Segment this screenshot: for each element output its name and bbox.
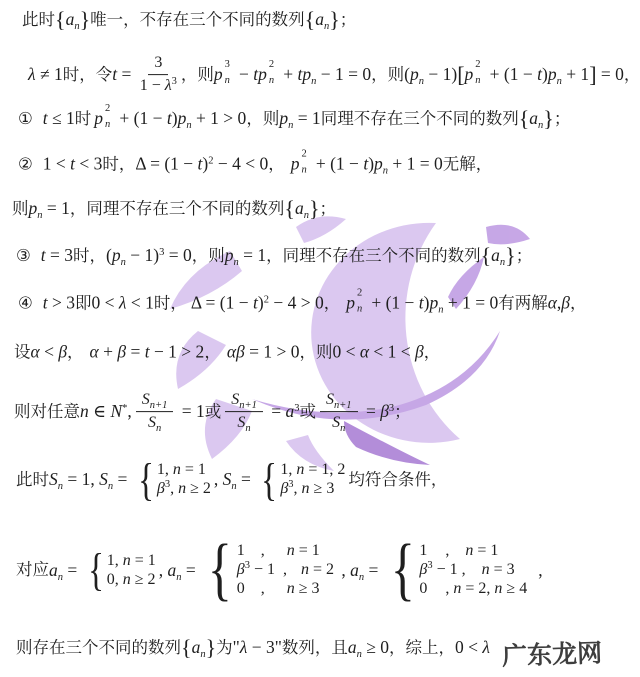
math-token: = 1, 2 [304,463,345,479]
math-base: − 1) [126,245,159,265]
math-token: = 1 [43,200,70,218]
delimiter: } [206,637,217,659]
left-brace-icon: { [261,458,277,502]
math-token: pn [279,110,293,128]
math-base: , [445,580,453,597]
cases-row: 1, n = 1, 2 [280,463,345,479]
math-base: p [258,64,267,84]
math-token: , [261,581,265,597]
math-token: β3 [280,482,293,498]
math-token: n [287,543,295,559]
math-token: = 1 [239,247,266,265]
math-base: λ [119,292,127,312]
math-token: λ [482,639,490,657]
subscript: n [288,120,293,131]
math-base: λ [28,64,36,84]
math-base: < 1 [127,292,154,312]
math-base: S [332,415,340,432]
cjk-text: 或 [205,404,222,421]
cjk-text: ，同理不存在三个不同的数列 [266,248,481,265]
math-base: = 2, [461,580,494,597]
math-base: 0 [237,580,245,597]
math-base: n [287,580,295,597]
math-base: α [31,341,40,361]
math-token: − 4 > 0 [269,294,324,312]
math-base: − 4 > 0 [269,292,324,312]
math-token: α [90,343,99,361]
cjk-text: 时 [75,111,92,128]
math-token: λ [28,66,36,84]
math-token: − 1)3 [126,247,164,265]
math-token: Sn+1 [142,391,168,409]
math-base: = 2 [309,561,334,578]
subscript: n [200,649,205,660]
math-token: , [294,482,302,498]
cjk-text: ； [394,404,411,421]
math-token: β [117,343,126,361]
math-token: − 1 [250,562,275,578]
math-token: 0 < [332,343,359,361]
math-token: 1, [157,463,173,479]
math-token: ≠ 1 [36,66,63,84]
cjk-text: 则 [12,201,29,218]
math-token: 3 [154,54,162,72]
math-base: a [192,637,201,657]
math-base: S [148,415,156,432]
math-base: = 1 [295,542,320,559]
math-base: − 1 , [433,561,466,578]
math-base: p [302,64,311,84]
math-token: = [113,471,132,489]
cjk-text: ； [554,111,571,128]
fraction: Sn+1Sn [320,391,358,433]
math-base: ≥ 3 [310,481,335,498]
math-token: Sn [148,415,161,433]
subscript: n [557,76,562,87]
subscript: n+1 [334,400,352,411]
superscript: 3 [159,247,164,258]
math-token: = [126,343,145,361]
math-base: ≠ 1 [36,64,63,84]
superscript: 3 [245,560,250,571]
subscript: n [231,481,236,492]
math-token: β3 [237,562,250,578]
cjk-text: 设 [14,344,31,361]
math-token: Δ = (1 − [135,155,197,173]
math-token: β3 [380,403,394,421]
math-token: 1 [419,543,427,559]
cjk-text: ，同理不存在三个不同的数列 [70,201,285,218]
math-base: = [182,559,201,579]
math-base: + [99,341,118,361]
math-base: + [279,64,298,84]
math-token: − 1) [424,66,457,84]
math-base: λ [482,637,490,657]
delimiter: { [181,637,192,659]
sub-sup-stack: 2n [300,156,311,172]
math-base: n [173,462,181,479]
subscript: n [340,424,345,435]
math-token: pn [112,247,126,265]
math-token: 1, [280,463,296,479]
document-page: 此时{an}唯一，不存在三个不同的数列{an}；λ ≠ 1时，令t = 31 −… [0,0,640,677]
math-base: n [465,542,473,559]
fraction: Sn+1Sn [136,391,174,433]
math-base: β [561,292,570,312]
cjk-text: ， [67,344,84,361]
math-base: Δ = (1 − [191,292,253,312]
math-base: ≥ 2 [131,571,156,588]
math-token: β [561,294,570,312]
math-base: = 1 [181,462,206,479]
cases-row: 1,n = 1 [419,543,527,559]
solution-line-2: λ ≠ 1时，令t = 31 − λ3，则p3n − tp2n + tpn − … [28,54,640,96]
math-token: " [233,639,240,657]
math-token: 0 < [92,294,119,312]
cjk-text: ； [320,201,337,218]
left-brace-icon: { [138,458,154,502]
math-token: β [415,343,424,361]
cases-row: β3 − 1,n = 2 [237,562,334,578]
math-token: = 1 [177,403,204,421]
math-token: , [159,561,168,579]
math-base: < 1 < [369,341,415,361]
math-base: a [315,9,324,29]
delimiter: [ [457,64,464,86]
math-token: pn [29,200,43,218]
math-base: a [348,637,357,657]
math-base: = 3 [46,245,73,265]
math-token: + 1 = 0 [443,294,498,312]
math-token: + (1 − [311,155,363,173]
math-token: = 0 [164,247,191,265]
math-token: = 0 [597,66,624,84]
math-base: a [350,559,359,579]
math-base: + 1 = 0 [388,153,443,173]
math-base: p [548,64,557,84]
math-token: Sn [99,471,113,489]
cjk-text: 有两解 [498,295,548,312]
math-token: − 1 = 0 [316,66,371,84]
math-base: S [326,391,334,408]
math-token: = 1 [181,463,206,479]
math-base: = 1 [131,552,156,569]
subscript: n+1 [239,400,257,411]
math-base: = [117,64,136,84]
math-base: α [360,341,369,361]
math-base: = 1 [239,245,266,265]
math-base: , [283,561,287,578]
cjk-text: ； [516,248,533,265]
math-base: n [123,571,131,588]
math-base: n [296,462,304,479]
math-base: 0, [107,571,123,588]
math-token: )2 [258,294,269,312]
math-base: − 1) [424,64,457,84]
superscript: 3 [165,480,170,491]
math-base: p [410,64,419,84]
solution-line-9: 则对任意n ∈ N*,Sn+1Sn = 1或Sn+1Sn = a3或Sn+1Sn… [14,391,411,433]
math-base: 3 [154,54,162,71]
math-token: β3 [157,482,170,498]
math-base: p [94,108,103,128]
math-token: λ [119,294,127,312]
subscript: n [324,21,329,32]
math-base: 1 [237,542,245,559]
math-token: < 3 [75,155,102,173]
subscript: n+1 [150,400,168,411]
math-base: p [465,64,474,84]
superscript: 3 [288,480,293,491]
subscript: n [233,257,238,268]
math-base: + 1 = 0 [443,292,498,312]
math-base: = 1 [293,108,320,128]
cjk-text: ， [324,295,341,312]
delimiter: ] [589,64,596,86]
math-base: a [529,108,538,128]
math-token: ∈ [89,403,111,421]
math-token: p2n [258,66,279,84]
math-base: = [63,559,82,579]
math-base: − [235,64,254,84]
subscript: n [359,571,364,582]
cjk-text: 时， [73,248,106,265]
math-token: pn [429,294,443,312]
math-base: 0 < [92,292,119,312]
math-token: n [453,581,461,597]
math-token: 0, [107,572,123,588]
cjk-text: 时，令 [63,67,113,84]
math-token: = [362,403,381,421]
math-base: , [170,481,178,498]
math-base: , [214,469,223,489]
math-token: p3n [214,66,235,84]
math-base: = [237,469,256,489]
math-base: 1 [419,542,427,559]
math-token: + (1 − [485,66,537,84]
superscript: 2 [264,294,269,305]
math-token: = [364,561,383,579]
math-base: 0 < [332,341,359,361]
math-token: , [214,471,223,489]
math-token: , [170,482,178,498]
cases-expression: {1, n = 10, n ≥ 2 [85,548,156,592]
cases-row: 0, n ≥ 2 [107,572,156,588]
math-base: , [127,401,131,421]
math-base: β [237,561,245,578]
math-token: + (1 − [367,294,419,312]
math-base: = 0 [164,245,191,265]
cjk-text: ； [340,12,357,29]
math-base: a [49,559,58,579]
math-base: a [66,9,75,29]
math-token: 0 < [455,639,482,657]
delimiter: } [309,198,320,220]
math-token: an [491,247,505,265]
math-base: β [415,341,424,361]
left-brace-icon: { [88,548,104,592]
fraction: 31 − λ3 [140,54,177,96]
cjk-text: ③ [16,248,31,265]
math-base: − 1 > 2 [150,341,205,361]
math-token: > 3 [48,294,75,312]
math-token: Sn [237,415,250,433]
math-base: = [126,341,145,361]
math-base: − 3" [247,637,282,657]
subscript: n [419,76,424,87]
cjk-text: ， [204,344,221,361]
math-token: < [40,343,59,361]
math-base: ≤ 1 [48,108,75,128]
math-token: n [301,562,309,578]
math-token: = 3 [46,247,73,265]
math-token: an [350,561,364,579]
subscript: n [304,210,309,221]
superscript: * [122,403,127,414]
delimiter: { [55,9,66,31]
math-base: > 3 [48,292,75,312]
math-base: + 1 [562,64,589,84]
math-token: , [283,562,287,578]
subscript: n [58,481,63,492]
superscript: 2 [208,155,213,166]
math-token: < 1 < [369,343,415,361]
cjk-text: ② [18,156,33,173]
math-base: p [29,198,38,218]
superscript: 3 [294,403,299,414]
math-base: 1, [280,462,296,479]
math-token: , [445,543,449,559]
math-base: < 3 [75,153,102,173]
math-token: β3 [419,562,432,578]
math-base: 0 < [455,637,482,657]
math-base: 1 − [140,78,165,95]
math-base: + (1 − [311,153,363,173]
math-base: n [178,481,186,498]
cjk-text: 无解， [443,156,493,173]
math-token: an [295,200,309,218]
math-base: S [142,391,150,408]
subscript: n [500,257,505,268]
math-base: 1, [157,462,173,479]
cases-row: 1,n = 1 [237,543,334,559]
math-token: α [548,294,557,312]
math-base: β [380,401,389,421]
math-token: + [279,66,298,84]
cjk-text: 此时 [16,472,49,489]
math-token: < 1 [127,294,154,312]
delimiter: } [329,9,340,31]
math-token: Sn+1 [231,391,257,409]
math-base: n [301,561,309,578]
math-token: = 1 [295,543,320,559]
math-token: an [168,561,182,579]
delimiter: } [80,9,91,31]
math-token: 1, [107,553,123,569]
math-base: , [337,559,350,579]
math-token: n [482,562,490,578]
cjk-text: 同理不存在三个不同的数列 [321,111,519,128]
cjk-text: 此时 [22,12,55,29]
math-token: 1 − [140,78,165,96]
subscript: n [74,21,79,32]
math-base: β [117,341,126,361]
math-token: n [123,572,131,588]
math-token: n [494,581,502,597]
math-base: a [168,559,177,579]
sub-sup-stack: 2n [104,111,115,127]
math-token: p2n [346,294,367,312]
math-base: + (1 − [485,64,537,84]
math-token: pn [178,110,192,128]
math-base: a [491,245,500,265]
math-token: n [287,581,295,597]
math-token: = [267,403,286,421]
math-token: Sn [49,471,63,489]
math-base: = 1 > 0 [245,341,300,361]
math-token: ≤ 1 [48,110,75,128]
superscript: 3 [427,560,432,571]
cases-expression: {1,n = 1β3 − 1 ,n = 30, n = 2, n ≥ 4 [386,537,527,604]
math-base: αβ [227,341,245,361]
subscript: n [383,165,388,176]
subscript: n [37,210,42,221]
cjk-text: 则存在三个不同的数列 [16,640,181,657]
sub-sup-stack: 2n [356,295,367,311]
solution-line-12: 则存在三个不同的数列{an}为"λ − 3"数列，且an ≥ 0，综上，0 < … [16,637,490,659]
math-base: p [429,292,438,312]
cjk-text: ，则 [246,111,279,128]
solution-line-7: ④t > 3即0 < λ < 1时，Δ = (1 − t)2 − 4 > 0，p… [18,294,587,312]
math-token: an [66,11,80,29]
math-base: S [99,469,108,489]
math-base: − 1 [250,561,275,578]
math-base: < [40,341,59,361]
subscript: n [245,424,250,435]
math-base: ≥ 3 [295,580,320,597]
math-base: Δ = (1 − [135,153,197,173]
math-token: = [117,66,136,84]
math-base: = 3 [490,561,515,578]
math-token: , [538,561,542,579]
math-token: = 2 [309,562,334,578]
math-base: a [295,198,304,218]
math-base: = 1, 2 [304,462,345,479]
math-token: = 1 > 0 [245,343,300,361]
solution-line-5: 则pn = 1，同理不存在三个不同的数列{an}； [12,198,336,220]
math-base: − 4 < 0 [213,153,268,173]
math-base: a [285,401,294,421]
math-base: 1 < [43,153,70,173]
solution-line-4: ②1 < t < 3时，Δ = (1 − t)2 − 4 < 0，p2n + (… [18,155,492,173]
sub-sup-stack: 3n [224,67,235,83]
delimiter: { [284,198,295,220]
math-token: pn [548,66,562,84]
math-base: p [279,108,288,128]
math-token: = 1 [131,553,156,569]
cjk-text: 均符合条件， [348,472,447,489]
math-base: α [548,292,557,312]
solution-line-6: ③t = 3时，(pn − 1)3 = 0，则pn = 1，同理不存在三个不同的… [16,245,532,267]
math-token: β [58,343,67,361]
math-base: n [494,580,502,597]
math-base: ) [258,292,264,312]
math-token: n [123,553,131,569]
math-token: ≥ 3 [310,482,335,498]
left-brace-icon: { [390,537,414,604]
math-base: N [110,401,122,421]
math-token: an [529,110,543,128]
